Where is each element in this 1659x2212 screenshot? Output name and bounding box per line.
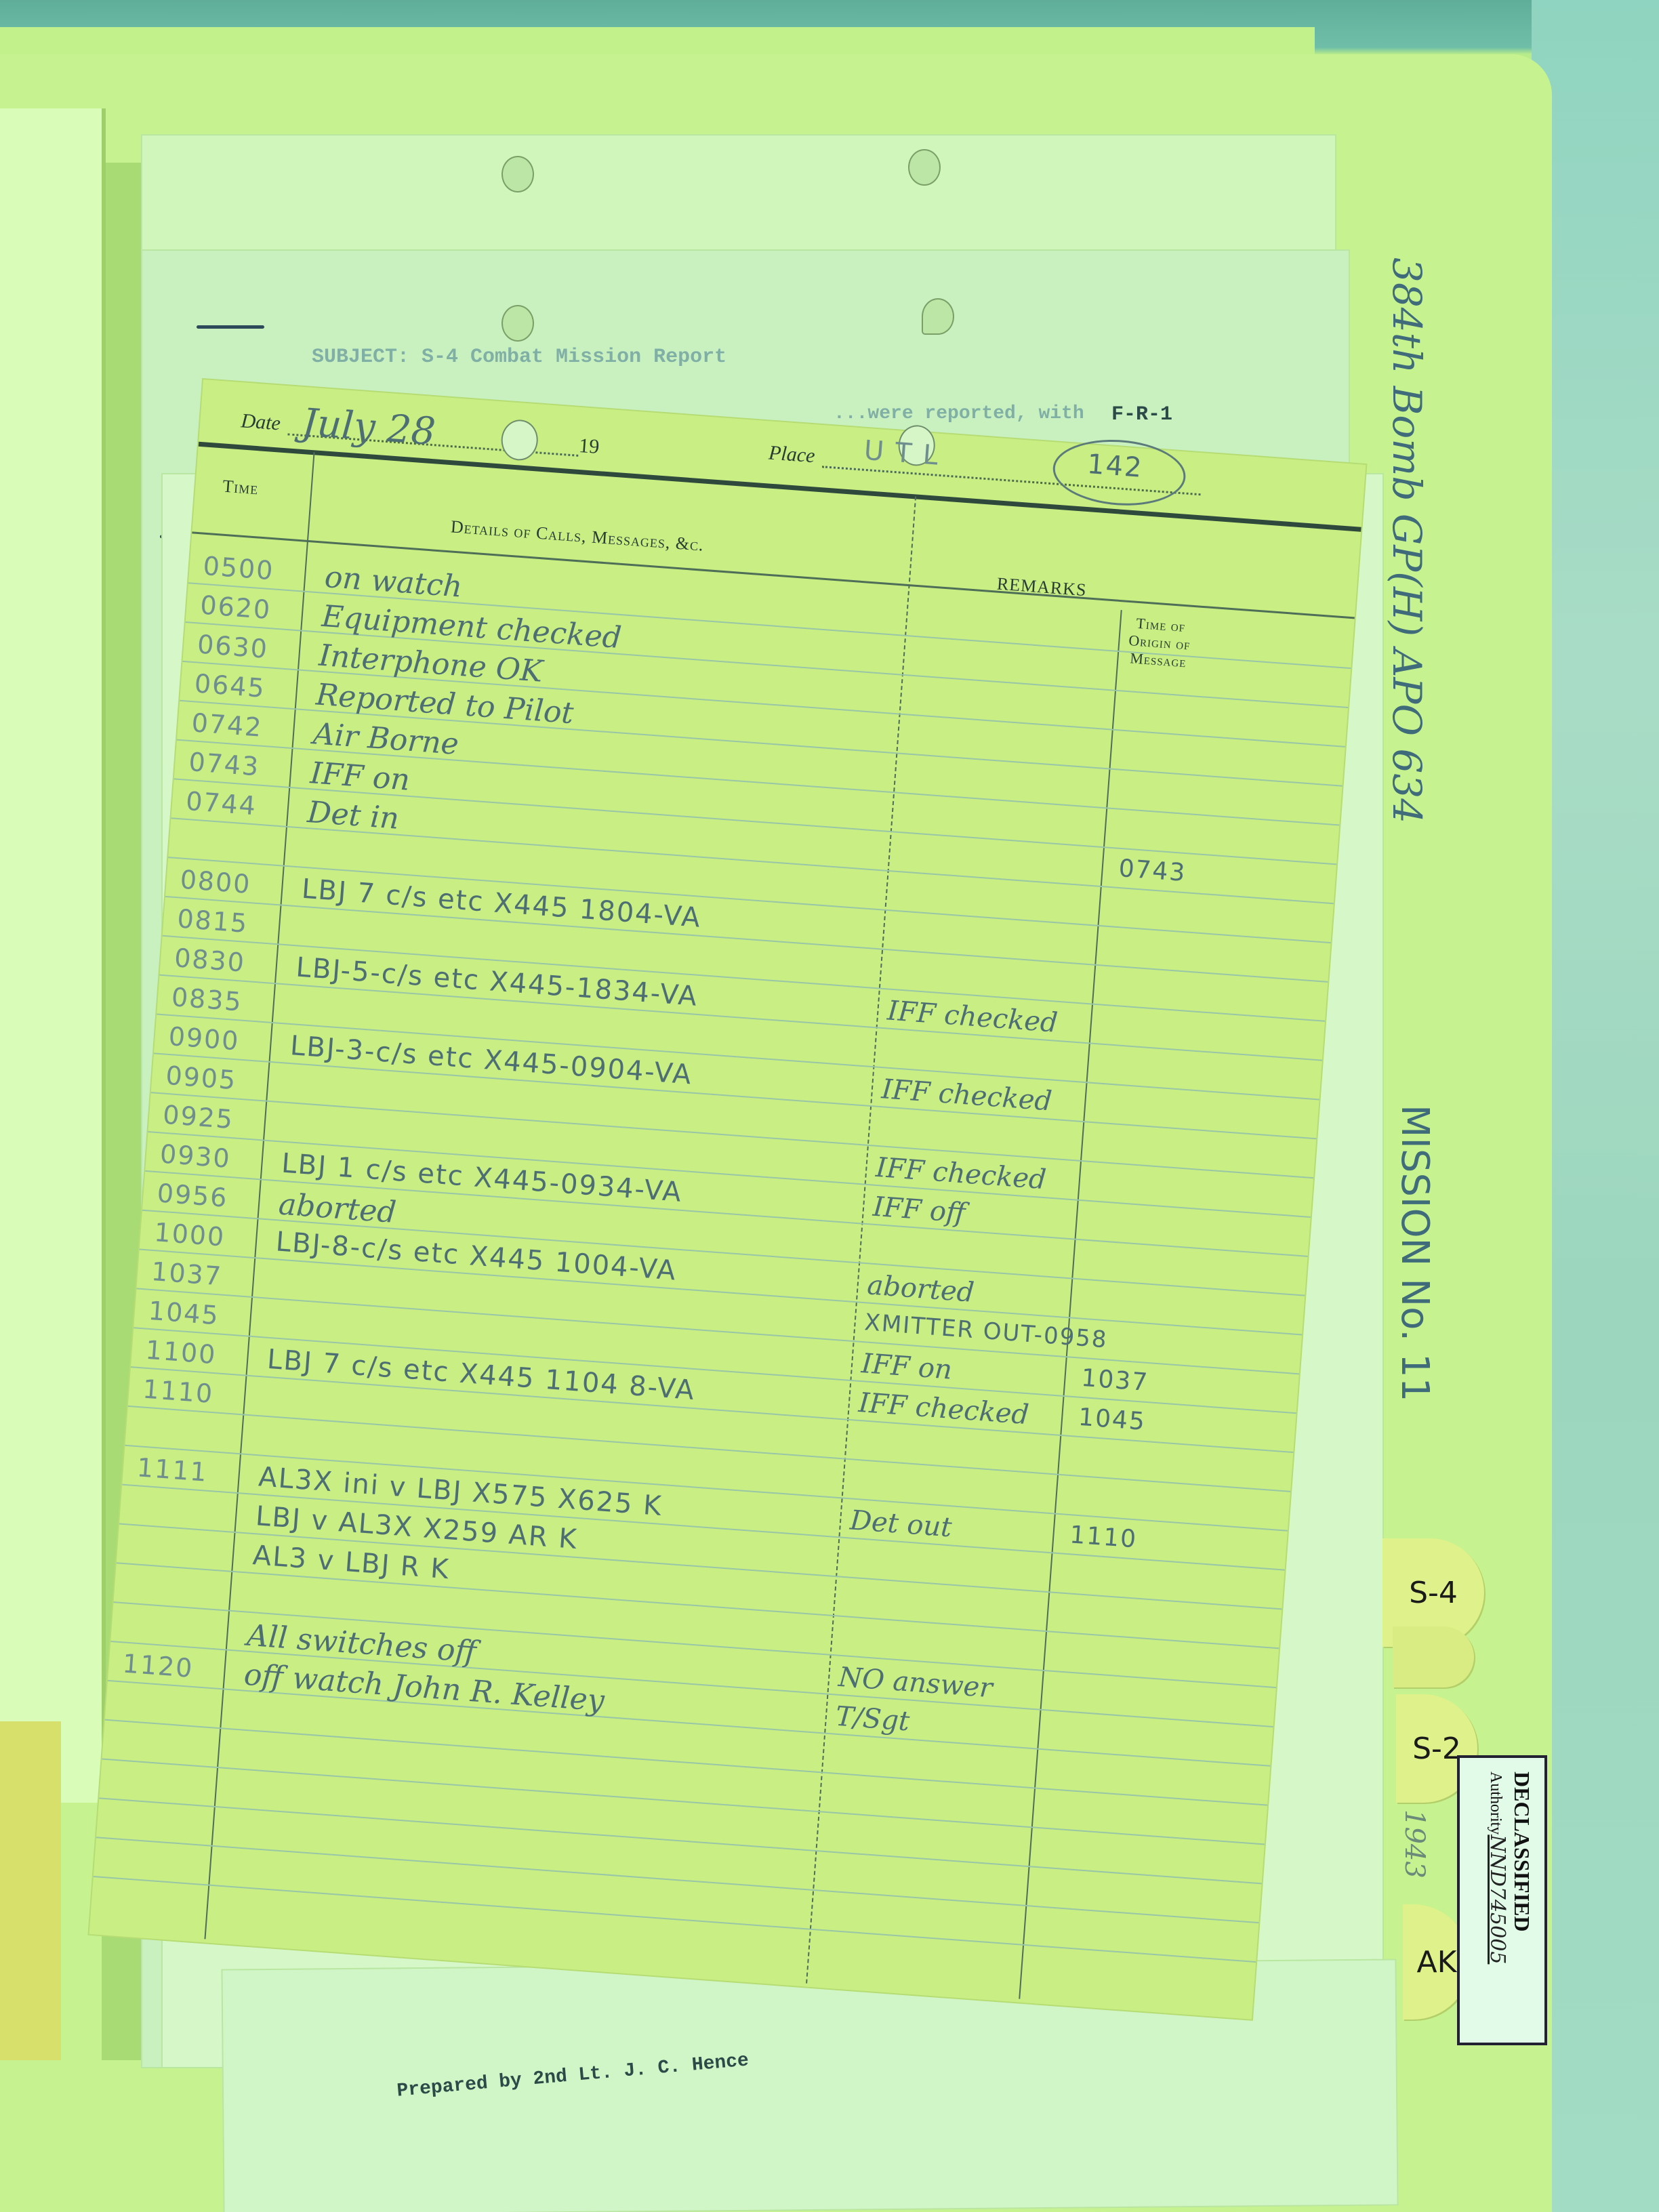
- entry-origin-time: 1045: [1078, 1404, 1147, 1436]
- date-value: July 28: [300, 401, 436, 454]
- declassified-label: DECLASSIFIED AuthorityNND745005: [1457, 1755, 1547, 2045]
- entry-remarks: IFF on: [861, 1348, 954, 1386]
- entry-time: 0742: [190, 708, 264, 743]
- entry-remarks: T/Sgt: [834, 1701, 910, 1738]
- entry-remarks: IFF checked: [886, 995, 1059, 1038]
- tab-label: AK: [1417, 1945, 1457, 1980]
- entry-time: 0930: [159, 1139, 232, 1174]
- entry-origin-time: 1110: [1069, 1521, 1138, 1553]
- entry-origin-time: 1037: [1080, 1364, 1149, 1397]
- column-divider-dashed: [806, 496, 918, 1983]
- folder-margin-note: 384th Bomb GP(H) APO 634: [1384, 258, 1430, 823]
- entry-details: on watch: [323, 560, 464, 605]
- entry-time: 0800: [179, 865, 252, 900]
- entry-remarks: IFF off: [872, 1191, 966, 1229]
- ruled-line: [154, 1052, 1317, 1139]
- entry-time: 0830: [173, 943, 247, 978]
- entry-time: 1120: [121, 1648, 194, 1683]
- tab-label: S-4: [1409, 1576, 1458, 1610]
- entry-remarks: IFF checked: [857, 1387, 1029, 1431]
- punch-hole: [908, 149, 941, 186]
- entry-details: IFF on: [309, 756, 411, 798]
- entry-time: 0835: [171, 982, 244, 1017]
- year-note: 1943: [1399, 1809, 1430, 1879]
- left-document-stack: [0, 108, 106, 1803]
- tab-label: S-2: [1412, 1732, 1461, 1766]
- place-value: U T L: [863, 435, 941, 472]
- index-tab-blank[interactable]: [1393, 1626, 1474, 1687]
- entry-time: 0630: [197, 629, 270, 664]
- authority-label: Authority: [1487, 1771, 1504, 1835]
- entry-time: 1110: [142, 1374, 215, 1410]
- column-header-details: Details of Calls, Messages, &c.: [450, 516, 705, 555]
- entry-details: Air Borne: [312, 716, 459, 762]
- page-reference: F-R-1: [1111, 403, 1172, 426]
- punch-hole: [500, 419, 539, 462]
- entry-time: 1000: [153, 1217, 226, 1252]
- entry-time: 0815: [176, 903, 249, 939]
- entry-origin-time: 0743: [1118, 855, 1187, 887]
- column-header-time: Time: [222, 476, 259, 499]
- authority-value: NND745005: [1486, 1835, 1509, 1964]
- entry-time: 0905: [165, 1061, 238, 1096]
- place-label: Place: [768, 441, 816, 468]
- ruled-line: [96, 1837, 1259, 1923]
- ruled-line: [105, 1719, 1268, 1806]
- subject-line: SUBJECT: S-4 Combat Mission Report: [312, 346, 726, 369]
- entry-time: 0900: [167, 1021, 241, 1057]
- entry-time: 1100: [144, 1335, 218, 1370]
- ruled-line: [102, 1759, 1265, 1845]
- punch-hole: [922, 298, 954, 335]
- entry-details: Det in: [306, 795, 401, 836]
- entry-time: 1045: [148, 1296, 221, 1331]
- entry-remarks: IFF checked: [875, 1152, 1047, 1195]
- entry-details: off watch John R. Kelley: [243, 1658, 605, 1719]
- entry-time: 0743: [188, 747, 261, 782]
- punch-hole: [501, 305, 534, 342]
- entry-time: 0500: [202, 551, 275, 586]
- punch-hole: [501, 156, 534, 192]
- entry-remarks: XMITTER OUT-0958: [863, 1309, 1109, 1353]
- prepared-by-line: Prepared by 2nd Lt. J. C. Hence: [396, 2050, 750, 2102]
- entry-time: 0744: [185, 786, 258, 821]
- entry-time: 0956: [156, 1178, 229, 1213]
- circled-number: 142: [1086, 449, 1145, 484]
- ruled-line: [99, 1797, 1262, 1884]
- entry-remarks: IFF checked: [880, 1073, 1052, 1117]
- year-prefix: 19: [578, 434, 600, 459]
- entry-time: 0620: [199, 590, 272, 626]
- entry-time: 0645: [194, 668, 267, 703]
- declassified-title: DECLASSIFIED: [1509, 1771, 1534, 1964]
- ruled-line: [140, 1249, 1303, 1336]
- entry-details: aborted: [277, 1187, 397, 1230]
- entry-remarks: Det out: [849, 1504, 953, 1543]
- date-label: Date: [240, 409, 281, 435]
- radio-log-card: Date July 28 19 Place U T L 142 Time Det…: [89, 380, 1366, 2020]
- partial-typed-line: ...were reported, with: [834, 403, 1084, 424]
- entry-time: 0925: [162, 1100, 235, 1135]
- entry-remarks: NO answer: [838, 1662, 994, 1704]
- entry-time: 1111: [136, 1452, 209, 1488]
- mission-number-note: MISSION No. 11: [1393, 1105, 1437, 1401]
- entry-time: 1037: [150, 1256, 224, 1292]
- pen-mark: [197, 325, 264, 329]
- column-header-origin: Time of Origin of Message: [1127, 614, 1193, 671]
- yellow-paper-edge: [0, 1721, 61, 2060]
